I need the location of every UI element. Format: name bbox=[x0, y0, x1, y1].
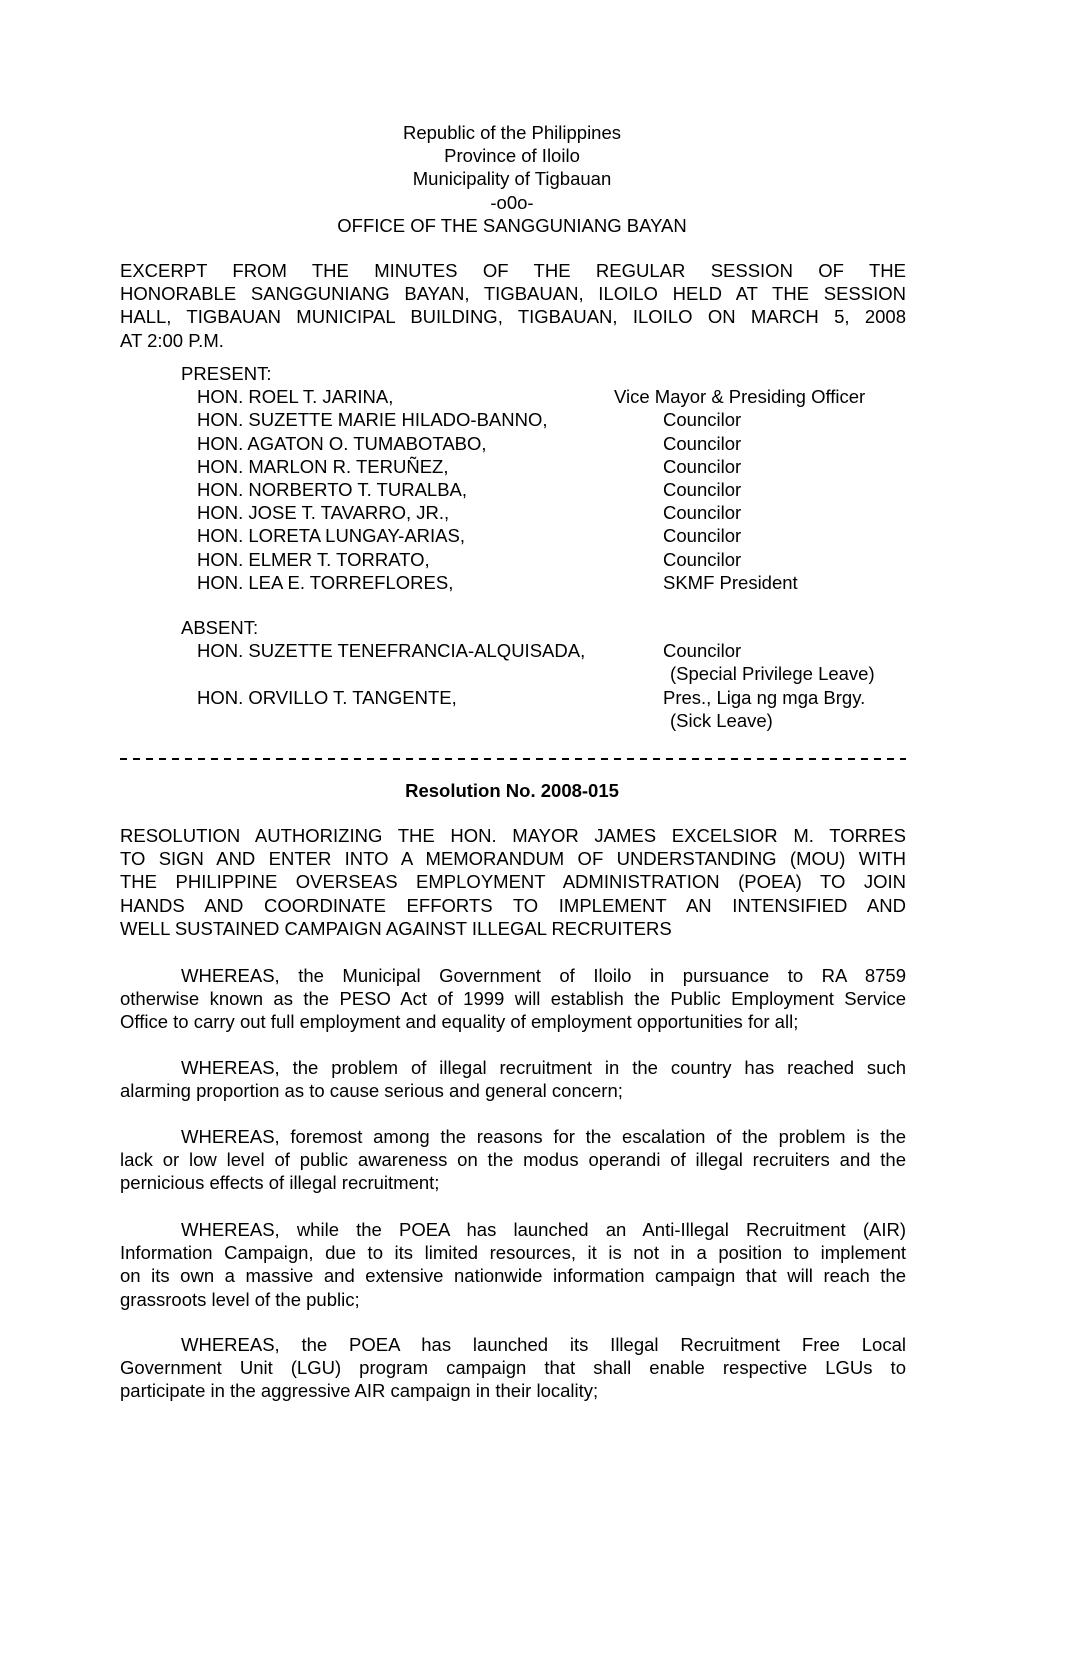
resolution-title-line: RESOLUTION AUTHORIZING THE HON. MAYOR JA… bbox=[120, 824, 906, 847]
clause-line: otherwise known as the PESO Act of 1999 … bbox=[120, 987, 906, 1010]
whereas-clause-5: WHEREAS, the POEA has launched its Illeg… bbox=[120, 1333, 906, 1403]
header-municipality: Municipality of Tigbauan bbox=[0, 167, 1024, 190]
attendee-role: Vice Mayor & Presiding Officer bbox=[614, 385, 865, 408]
absentee-note: (Sick Leave) bbox=[670, 709, 773, 732]
attendee-row: HON. AGATON O. TUMABOTABO, Councilor bbox=[181, 432, 911, 455]
attendee-name: HON. SUZETTE MARIE HILADO-BANNO, bbox=[197, 408, 548, 431]
attendee-name: HON. JOSE T. TAVARRO, JR., bbox=[197, 501, 449, 524]
attendee-role: Councilor bbox=[663, 524, 741, 547]
excerpt-heading: EXCERPT FROM THE MINUTES OF THE REGULAR … bbox=[120, 259, 906, 352]
excerpt-line: EXCERPT FROM THE MINUTES OF THE REGULAR … bbox=[120, 259, 906, 282]
attendee-role: Councilor bbox=[663, 548, 741, 571]
resolution-title: RESOLUTION AUTHORIZING THE HON. MAYOR JA… bbox=[120, 824, 906, 940]
whereas-clause-2: WHEREAS, the problem of illegal recruitm… bbox=[120, 1056, 906, 1102]
attendee-row: HON. ELMER T. TORRATO, Councilor bbox=[181, 548, 911, 571]
absent-heading: ABSENT: bbox=[181, 616, 911, 639]
attendee-name: HON. NORBERTO T. TURALBA, bbox=[197, 478, 467, 501]
attendee-name: HON. MARLON R. TERUÑEZ, bbox=[197, 455, 448, 478]
absentee-row: HON. ORVILLO T. TANGENTE, Pres., Liga ng… bbox=[181, 686, 911, 709]
attendee-row: HON. JOSE T. TAVARRO, JR., Councilor bbox=[181, 501, 911, 524]
attendee-row: HON. LEA E. TORREFLORES, SKMF President bbox=[181, 571, 911, 594]
absentee-note-row: (Sick Leave) bbox=[181, 709, 911, 732]
clause-line: lack or low level of public awareness on… bbox=[120, 1148, 906, 1171]
attendee-role: Councilor bbox=[663, 478, 741, 501]
dashed-divider bbox=[120, 758, 906, 760]
absent-list: ABSENT: HON. SUZETTE TENEFRANCIA-ALQUISA… bbox=[181, 616, 911, 732]
clause-line: WHEREAS, the Municipal Government of Ilo… bbox=[120, 964, 906, 987]
resolution-title-line: HANDS AND COORDINATE EFFORTS TO IMPLEMEN… bbox=[120, 894, 906, 917]
attendee-name: HON. ELMER T. TORRATO, bbox=[197, 548, 430, 571]
attendee-row: HON. SUZETTE MARIE HILADO-BANNO, Council… bbox=[181, 408, 911, 431]
whereas-clause-3: WHEREAS, foremost among the reasons for … bbox=[120, 1125, 906, 1195]
document-header: Republic of the Philippines Province of … bbox=[0, 121, 1024, 237]
absentee-name: HON. ORVILLO T. TANGENTE, bbox=[197, 686, 457, 709]
resolution-number: Resolution No. 2008-015 bbox=[0, 779, 1024, 802]
clause-line: Information Campaign, due to its limited… bbox=[120, 1241, 906, 1264]
present-heading: PRESENT: bbox=[181, 362, 911, 385]
attendee-name: HON. LEA E. TORREFLORES, bbox=[197, 571, 453, 594]
attendee-row: HON. NORBERTO T. TURALBA, Councilor bbox=[181, 478, 911, 501]
present-list: PRESENT: HON. ROEL T. JARINA, Vice Mayor… bbox=[181, 362, 911, 594]
attendee-role: Councilor bbox=[663, 432, 741, 455]
attendee-row: HON. ROEL T. JARINA, Vice Mayor & Presid… bbox=[181, 385, 911, 408]
clause-line: alarming proportion as to cause serious … bbox=[120, 1079, 906, 1102]
clause-line: WHEREAS, the problem of illegal recruitm… bbox=[120, 1056, 906, 1079]
attendee-name: HON. AGATON O. TUMABOTABO, bbox=[197, 432, 487, 455]
absentee-note: (Special Privilege Leave) bbox=[670, 662, 875, 685]
excerpt-line: HALL, TIGBAUAN MUNICIPAL BUILDING, TIGBA… bbox=[120, 305, 906, 328]
resolution-title-line: TO SIGN AND ENTER INTO A MEMORANDUM OF U… bbox=[120, 847, 906, 870]
attendee-role: Councilor bbox=[663, 455, 741, 478]
attendee-row: HON. LORETA LUNGAY-ARIAS, Councilor bbox=[181, 524, 911, 547]
attendee-row: HON. MARLON R. TERUÑEZ, Councilor bbox=[181, 455, 911, 478]
excerpt-line: AT 2:00 P.M. bbox=[120, 329, 906, 352]
attendee-role: Councilor bbox=[663, 501, 741, 524]
header-office: OFFICE OF THE SANGGUNIANG BAYAN bbox=[0, 214, 1024, 237]
clause-line: Office to carry out full employment and … bbox=[120, 1010, 906, 1033]
resolution-title-line: THE PHILIPPINE OVERSEAS EMPLOYMENT ADMIN… bbox=[120, 870, 906, 893]
clause-line: pernicious effects of illegal recruitmen… bbox=[120, 1171, 906, 1194]
absentee-role: Pres., Liga ng mga Brgy. bbox=[663, 686, 865, 709]
absentee-role: Councilor bbox=[663, 639, 741, 662]
resolution-title-line: WELL SUSTAINED CAMPAIGN AGAINST ILLEGAL … bbox=[120, 917, 906, 940]
absentee-row: HON. SUZETTE TENEFRANCIA-ALQUISADA, Coun… bbox=[181, 639, 911, 662]
attendee-role: SKMF President bbox=[663, 571, 798, 594]
clause-line: WHEREAS, the POEA has launched its Illeg… bbox=[120, 1333, 906, 1356]
whereas-clause-1: WHEREAS, the Municipal Government of Ilo… bbox=[120, 964, 906, 1034]
clause-line: Government Unit (LGU) program campaign t… bbox=[120, 1356, 906, 1379]
attendee-name: HON. ROEL T. JARINA, bbox=[197, 385, 393, 408]
header-province: Province of Iloilo bbox=[0, 144, 1024, 167]
whereas-clause-4: WHEREAS, while the POEA has launched an … bbox=[120, 1218, 906, 1311]
header-separator: -o0o- bbox=[0, 191, 1024, 214]
clause-line: WHEREAS, while the POEA has launched an … bbox=[120, 1218, 906, 1241]
clause-line: WHEREAS, foremost among the reasons for … bbox=[120, 1125, 906, 1148]
clause-line: participate in the aggressive AIR campai… bbox=[120, 1379, 906, 1402]
header-republic: Republic of the Philippines bbox=[0, 121, 1024, 144]
attendee-role: Councilor bbox=[663, 408, 741, 431]
absentee-name: HON. SUZETTE TENEFRANCIA-ALQUISADA, bbox=[197, 639, 585, 662]
absentee-note-row: (Special Privilege Leave) bbox=[181, 662, 911, 685]
clause-line: on its own a massive and extensive natio… bbox=[120, 1264, 906, 1287]
document-page: Republic of the Philippines Province of … bbox=[0, 0, 1088, 1664]
attendee-name: HON. LORETA LUNGAY-ARIAS, bbox=[197, 524, 465, 547]
clause-line: grassroots level of the public; bbox=[120, 1288, 906, 1311]
excerpt-line: HONORABLE SANGGUNIANG BAYAN, TIGBAUAN, I… bbox=[120, 282, 906, 305]
